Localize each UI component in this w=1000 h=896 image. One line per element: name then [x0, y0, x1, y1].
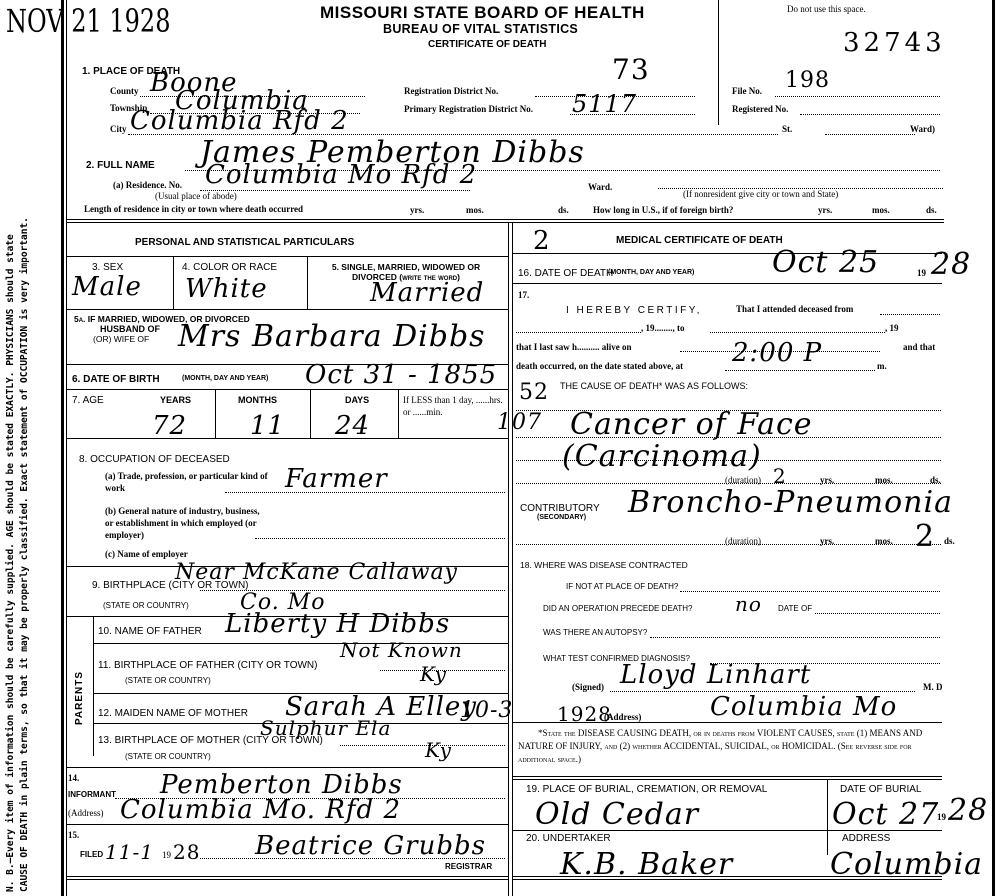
occupation-a-value: Farmer: [285, 466, 388, 492]
right-border: [992, 0, 995, 896]
file-no-value: 198: [785, 70, 830, 92]
sign-date-value: 10-3: [460, 700, 513, 722]
foreign-yrs-label: yrs.: [818, 205, 832, 215]
age-days-value: 24: [335, 413, 370, 439]
father-name-label: 10. NAME OF FATHER: [98, 626, 202, 637]
filed-number: 15.: [68, 830, 79, 840]
residence-yrs-label: yrs.: [410, 205, 424, 215]
city-value: Columbia Rfd 2: [130, 108, 349, 134]
cause-ds-label: ds.: [930, 475, 941, 485]
marital-status-value: Married: [370, 280, 484, 306]
date-of-birth-label: 6. DATE OF BIRTH: [72, 374, 160, 385]
margin-note-line-2: CAUSE OF DEATH in plain terms, so that i…: [19, 217, 30, 892]
residence-ward-label: Ward.: [588, 182, 612, 192]
mother-birthplace-city-value: Sulphur Ela: [260, 718, 391, 738]
footnote-bottom-rule: [512, 776, 942, 780]
last-saw-label: that I last saw h.......... alive on: [516, 342, 632, 352]
where-contracted-label: 18. WHERE WAS DISEASE CONTRACTED: [520, 560, 688, 570]
md-label: M. D: [923, 682, 943, 692]
race-marital-divider: [307, 257, 308, 309]
primary-registration-value: 5117: [572, 92, 637, 116]
registered-no-line: [800, 114, 940, 115]
burial-date-label: DATE OF BURIAL: [840, 784, 922, 795]
ward-label: Ward): [910, 124, 935, 134]
autopsy-label: WAS THERE AN AUTOPSY?: [543, 628, 647, 637]
operation-date-line: [815, 613, 940, 614]
burial-place-value: Old Cedar: [535, 800, 699, 830]
registrar-value: Beatrice Grubbs: [255, 833, 486, 859]
burial-date-value: Oct 27: [832, 800, 939, 830]
foreign-ds-label: ds.: [926, 205, 937, 215]
contributory-ds-label: ds.: [944, 536, 955, 546]
sex-value: Male: [72, 274, 142, 300]
date-of-death-year-value: 28: [931, 250, 971, 280]
bottom-right-rule: [512, 876, 942, 880]
filed-year-value: 28: [173, 842, 200, 862]
age-divider-3: [398, 390, 399, 438]
cause-of-death-value: Cancer of Face: [570, 410, 813, 440]
burial-rule: [512, 830, 942, 831]
date-of-death-rule: [512, 283, 942, 284]
parents-side-label: PARENTS: [74, 671, 85, 725]
occupation-a-label: (a) Trade, profession, or particular kin…: [105, 470, 275, 494]
contributory-yrs-label: yrs.: [820, 536, 834, 546]
race-label: 4. COLOR OR RACE: [182, 262, 277, 273]
certify-line-2: [516, 332, 641, 333]
sex-race-divider: [173, 257, 174, 309]
spouse-value: Mrs Barbara Dibbs: [178, 322, 486, 352]
undertaker-address-label: ADDRESS: [842, 833, 890, 844]
row-14-rule: [66, 824, 508, 825]
occupation-b-label: (b) General nature of industry, business…: [105, 505, 265, 541]
age-years-label: YEARS: [160, 395, 191, 405]
personal-section-title: PERSONAL AND STATISTICAL PARTICULARS: [135, 237, 354, 248]
contributory-sub-label: (SECONDARY): [537, 514, 586, 521]
father-name-value: Liberty H Dibbs: [225, 611, 450, 637]
bureau-subtitle: BUREAU OF VITAL STATISTICS: [383, 22, 578, 36]
mother-name-label: 12. MAIDEN NAME OF MOTHER: [98, 708, 248, 719]
date-of-death-label: 16. DATE OF DEATH: [518, 268, 613, 279]
burial-year-prefix: 19: [937, 812, 946, 822]
contributory-label: CONTRIBUTORY: [520, 503, 600, 514]
mother-birthplace-state-label: (STATE OR COUNTRY): [125, 752, 211, 761]
left-border-inner: [66, 0, 67, 896]
certify-year-end: , 19: [885, 323, 899, 333]
registered-no-label: Registered No.: [732, 104, 788, 114]
personal-title-rule: [66, 256, 508, 257]
street-label: St.: [782, 124, 792, 134]
row-7-rule: [66, 438, 508, 439]
contributory-value: Broncho-Pneumonia: [628, 488, 953, 518]
contributory-mos-label: mos.: [875, 536, 893, 546]
office-use-note: Do not use this space.: [787, 4, 866, 14]
filed-date-value: 11-1: [105, 842, 154, 862]
informant-number: 14.: [68, 773, 79, 783]
cause-detail-value: (Carcinoma): [562, 442, 762, 472]
residence-label: (a) Residence. No.: [113, 180, 182, 190]
file-no-line: [775, 96, 940, 97]
page-title: MISSOURI STATE BOARD OF HEALTH: [320, 3, 645, 23]
cause-classification-code: 107: [497, 412, 542, 434]
father-birthplace-label: 11. BIRTHPLACE OF FATHER (CITY OR TOWN): [98, 660, 317, 671]
foreign-mos-label: mos.: [872, 205, 890, 215]
date-of-birth-sub-label: (MONTH, DAY AND YEAR): [182, 375, 268, 382]
spouse-label-line-3: (OR) WIFE OF: [93, 334, 149, 344]
certify-line-1: [880, 314, 940, 315]
certify-line-3: [710, 332, 885, 333]
bottom-left-rule: [66, 876, 508, 880]
row-3-rule: [66, 309, 508, 310]
ward-line: [825, 134, 915, 135]
footnote: *State the DISEASE CAUSING DEATH, or in …: [518, 727, 948, 766]
spouse-label-line-2: HUSBAND OF: [100, 324, 160, 334]
date-of-birth-value: Oct 31 - 1855: [305, 362, 497, 388]
age-months-label: MONTHS: [238, 395, 277, 405]
parents-divider: [93, 616, 94, 756]
medical-section-mark: 2: [533, 228, 551, 254]
age-divider-1: [215, 390, 216, 438]
file-no-label: File No.: [732, 86, 762, 96]
occupation-b-line: [255, 538, 505, 539]
cause-duration-yrs-value: 2: [773, 466, 787, 486]
cause-line-3: [516, 460, 941, 461]
birthplace-city-value: Near McKane Callaway: [175, 562, 458, 584]
registrar-label: REGISTRAR: [445, 862, 492, 871]
cause-code: 52: [519, 382, 549, 404]
burial-date-divider: [827, 780, 828, 855]
less-than-day-label: If LESS than 1 day, ......hrs. or ......…: [403, 394, 503, 418]
operation-value: no: [735, 594, 762, 614]
medical-section-title: MEDICAL CERTIFICATE OF DEATH: [616, 235, 783, 246]
death-time-value: 2:00 P: [732, 340, 822, 366]
father-birthplace-state-label: (STATE OR COUNTRY): [125, 676, 211, 685]
death-time-line: [725, 370, 875, 371]
full-name-label: 2. FULL NAME: [86, 160, 155, 171]
father-birthplace-city-value: Not Known: [340, 640, 463, 660]
column-divider-2: [512, 222, 513, 896]
death-time-m-label: m.: [877, 361, 887, 371]
residence-line: [200, 190, 470, 191]
burial-place-label: 19. PLACE OF BURIAL, CREMATION, OR REMOV…: [526, 784, 767, 795]
physician-signature: Lloyd Linhart: [620, 662, 811, 688]
cause-of-death-label: THE CAUSE OF DEATH* WAS AS FOLLOWS:: [560, 381, 748, 391]
physician-address-value: Columbia Mo: [710, 694, 897, 720]
cause-line-2: [516, 437, 941, 438]
informant-address-label: (Address): [68, 808, 104, 818]
date-of-operation-label: DATE OF: [778, 604, 812, 613]
occupation-label: 8. OCCUPATION OF DECEASED: [79, 454, 230, 465]
margin-note-line-1: N. B.—Every item of information should b…: [5, 234, 16, 892]
filed-year-prefix: 19: [162, 850, 171, 860]
burial-year-value: 28: [948, 796, 988, 826]
mother-birthplace-line: [340, 745, 505, 746]
date-of-death-sub-label: (MONTH, DAY AND YEAR): [608, 269, 694, 276]
office-box-divider: [718, 0, 719, 125]
age-divider-2: [310, 390, 311, 438]
header-divider: [66, 219, 944, 223]
race-value: White: [185, 276, 268, 302]
father-birthplace-state-value: Ky: [420, 664, 447, 684]
signature-bottom-rule: [512, 722, 942, 723]
certify-date-range: , 19........, to: [641, 323, 685, 333]
registration-district-label: Registration District No.: [404, 86, 498, 96]
informant-address-value: Columbia Mo. Rfd 2: [120, 797, 401, 823]
and-that-label: and that: [903, 342, 935, 352]
length-of-residence-label: Length of residence in city or town wher…: [84, 204, 303, 214]
physician-address-label: (Address): [604, 712, 641, 722]
cause-duration-label: (duration): [725, 475, 761, 485]
item-17-label: 17.: [518, 290, 529, 300]
death-occurred-label: death occurred, on the date stated above…: [516, 361, 683, 371]
form-name: CERTIFICATE OF DEATH: [428, 39, 547, 50]
undertaker-label: 20. UNDERTAKER: [526, 833, 611, 844]
autopsy-line: [650, 637, 940, 638]
signed-label: (Signed): [572, 682, 604, 692]
certificate-number: 32743: [843, 28, 946, 58]
birthplace-state-label: (STATE OR COUNTRY): [103, 601, 189, 610]
age-label: 7. AGE: [72, 395, 104, 406]
where-contracted-line: [680, 591, 940, 592]
date-of-death-year-prefix: 19: [917, 268, 926, 278]
residence-sub-label: (Usual place of abode): [155, 191, 237, 201]
residence-value: Columbia Mo Rfd 2: [205, 162, 477, 188]
informant-label: INFORMANT: [68, 790, 116, 799]
mother-birthplace-state-value: Ky: [425, 740, 452, 760]
certify-text: That I attended deceased from: [736, 304, 853, 314]
residence-ds-label: ds.: [558, 205, 569, 215]
primary-registration-label: Primary Registration District No.: [404, 104, 533, 114]
certify-heading: I HEREBY CERTIFY,: [566, 305, 702, 316]
not-at-place-label: IF NOT AT PLACE OF DEATH?: [566, 582, 678, 591]
occupation-c-label: (c) Name of employer: [105, 549, 188, 559]
operation-label: DID AN OPERATION PRECEDE DEATH?: [543, 604, 693, 613]
filed-label: FILED: [80, 850, 103, 859]
age-months-value: 11: [250, 413, 285, 439]
row-6-rule: [66, 389, 508, 390]
age-days-label: DAYS: [345, 395, 369, 405]
column-divider: [508, 222, 509, 896]
registration-district-value: 73: [612, 56, 650, 84]
foreign-birth-label: How long in U.S., if of foreign birth?: [593, 205, 733, 215]
left-border: [61, 0, 64, 896]
cause-yrs-label: yrs.: [820, 475, 834, 485]
received-date-stamp: NOV 21 1928: [6, 2, 170, 40]
age-years-value: 72: [152, 413, 187, 439]
row-13-rule: [66, 767, 508, 768]
city-label: City: [110, 124, 127, 134]
cause-mos-label: mos.: [875, 475, 893, 485]
residence-mos-label: mos.: [466, 205, 484, 215]
contributory-duration-ds-value: 2: [915, 522, 935, 552]
date-of-death-value: Oct 25: [772, 248, 879, 278]
contributory-duration-label: (duration): [725, 536, 761, 546]
county-label: County: [110, 86, 139, 96]
nonresident-note: (If nonresident give city or town and St…: [683, 189, 838, 199]
